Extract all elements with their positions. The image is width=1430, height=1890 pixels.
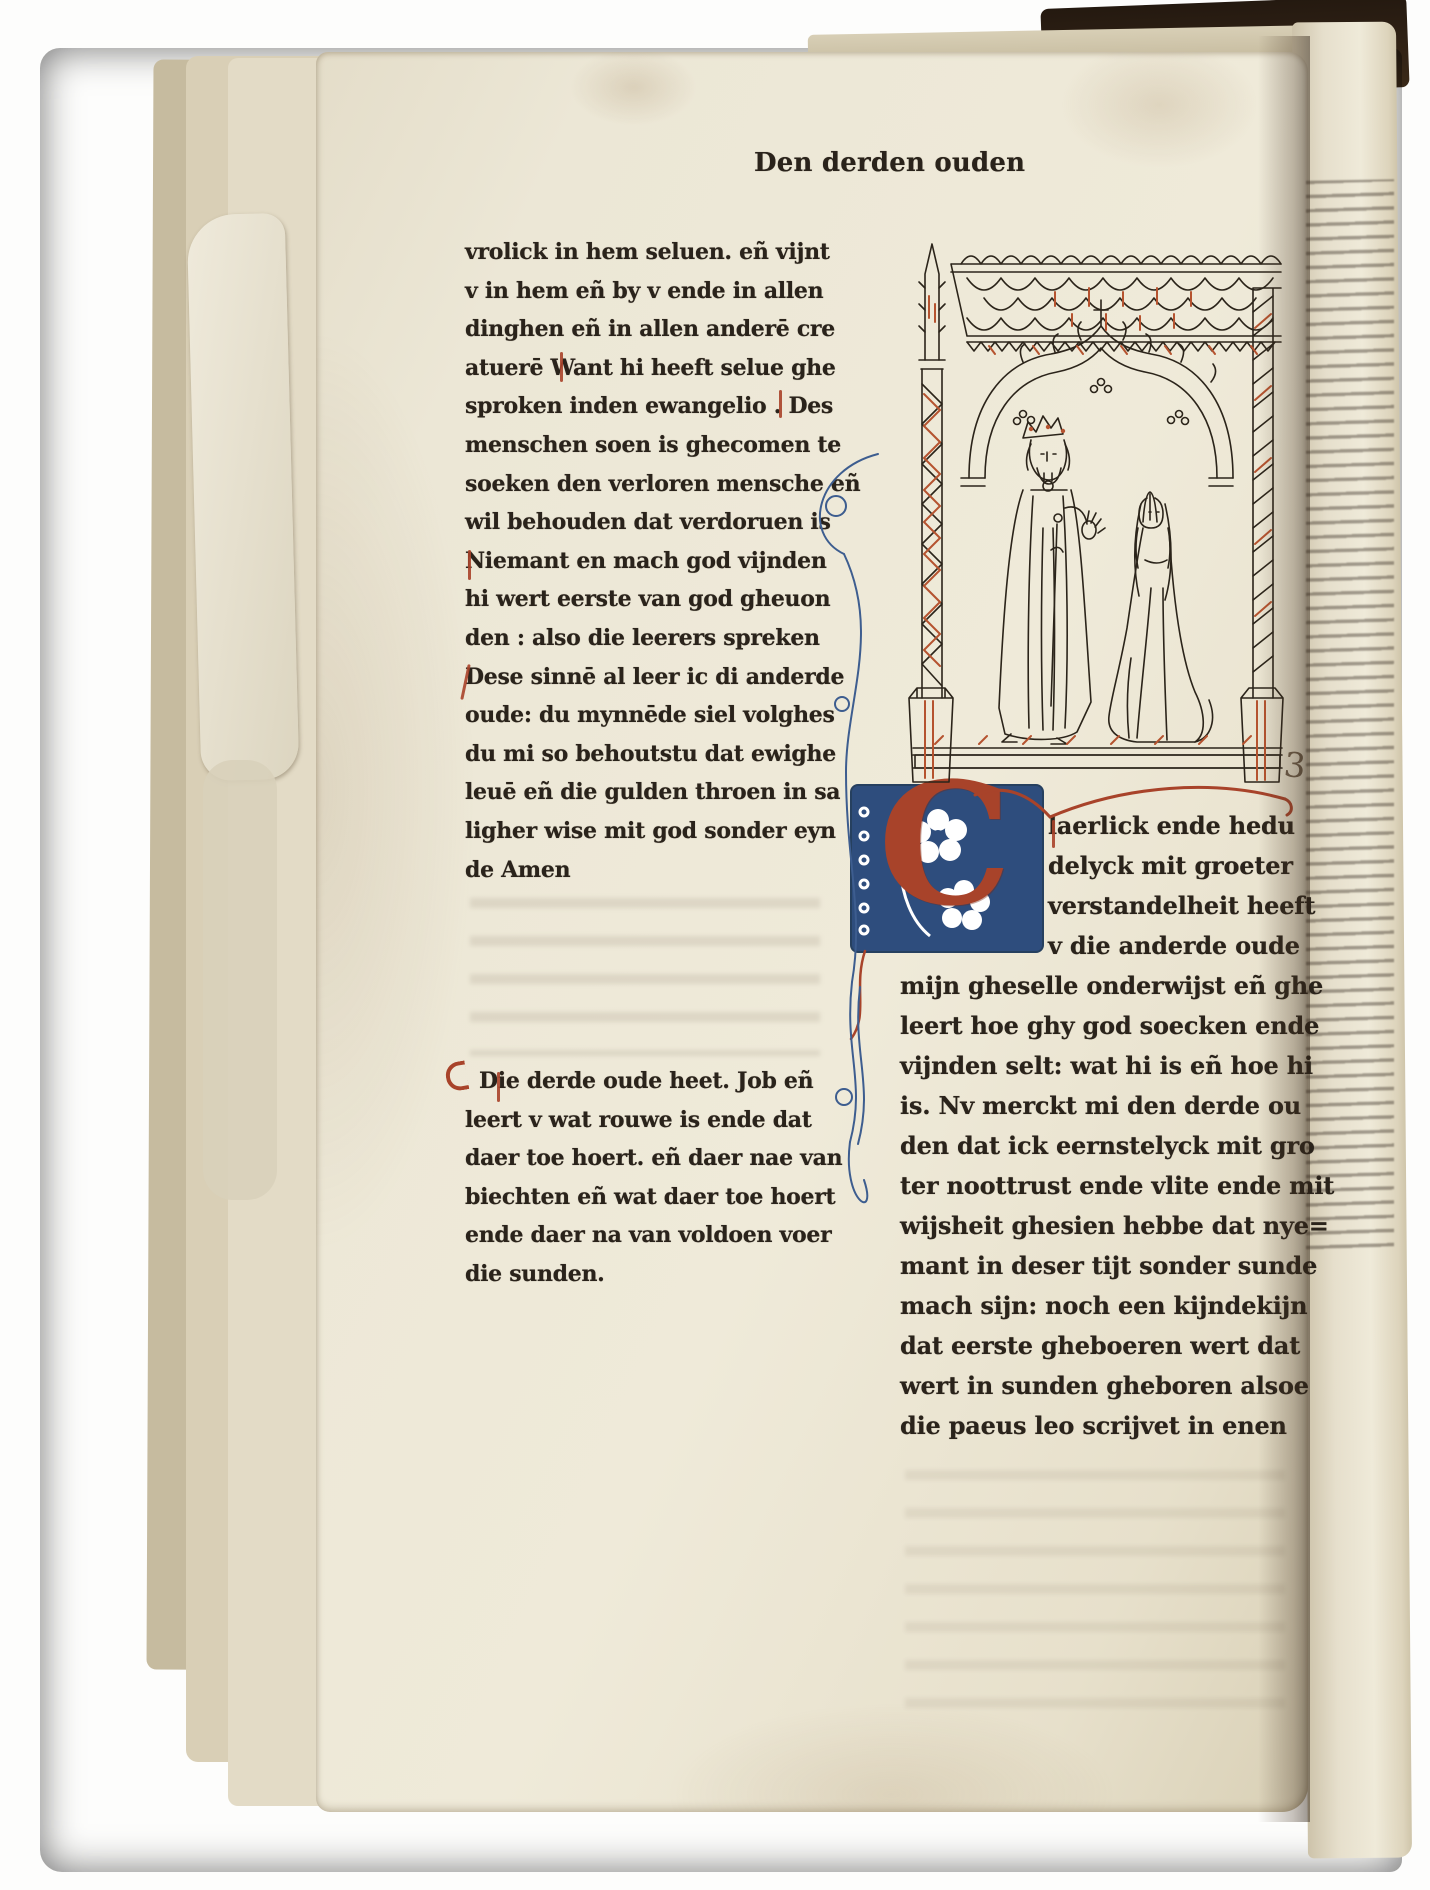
rubrication-mark <box>468 550 471 580</box>
book-photograph: Den derden ouden vrolick in hem seluen. … <box>0 0 1430 1890</box>
left-column-paragraph-2: Die derde oude heet. Job eñ leert v wat … <box>446 1062 842 1294</box>
rubrication-mark <box>779 390 782 418</box>
king-figure <box>999 416 1105 744</box>
rubrication-mark <box>560 352 563 382</box>
rubrication-mark <box>1052 820 1055 848</box>
pilcrow-mark <box>444 1060 470 1092</box>
gothic-canopy <box>919 244 1281 698</box>
running-title: Den derden ouden <box>754 148 1025 178</box>
text-line: dinghen eñ in allen anderē cre <box>465 310 860 349</box>
gutter-shadow <box>1258 36 1310 1822</box>
text-line: vrolick in hem seluen. eñ vijnt <box>465 233 860 272</box>
woodcut-illustration <box>905 228 1290 788</box>
rubrication-mark <box>497 1072 500 1102</box>
text-line: v in hem eñ by v ende in allen <box>465 272 860 311</box>
woodcut-red-coloring <box>924 288 1271 780</box>
woodcut-floor <box>909 688 1283 782</box>
praying-figure <box>1109 492 1213 742</box>
text-line-text: Die derde oude heet. Job eñ <box>479 1068 813 1094</box>
vellum-leaf-edge <box>203 760 277 1200</box>
gutter-penwork-flourish <box>786 442 906 1252</box>
text-line: die sunden. <box>465 1255 842 1294</box>
vellum-leaf-edge <box>187 213 300 781</box>
text-line: atuerē Want hi heeft selue ghe <box>465 349 860 388</box>
text-line: sproken inden ewangelio . Des <box>465 387 860 426</box>
text-line: Die derde oude heet. Job eñ <box>446 1062 842 1101</box>
